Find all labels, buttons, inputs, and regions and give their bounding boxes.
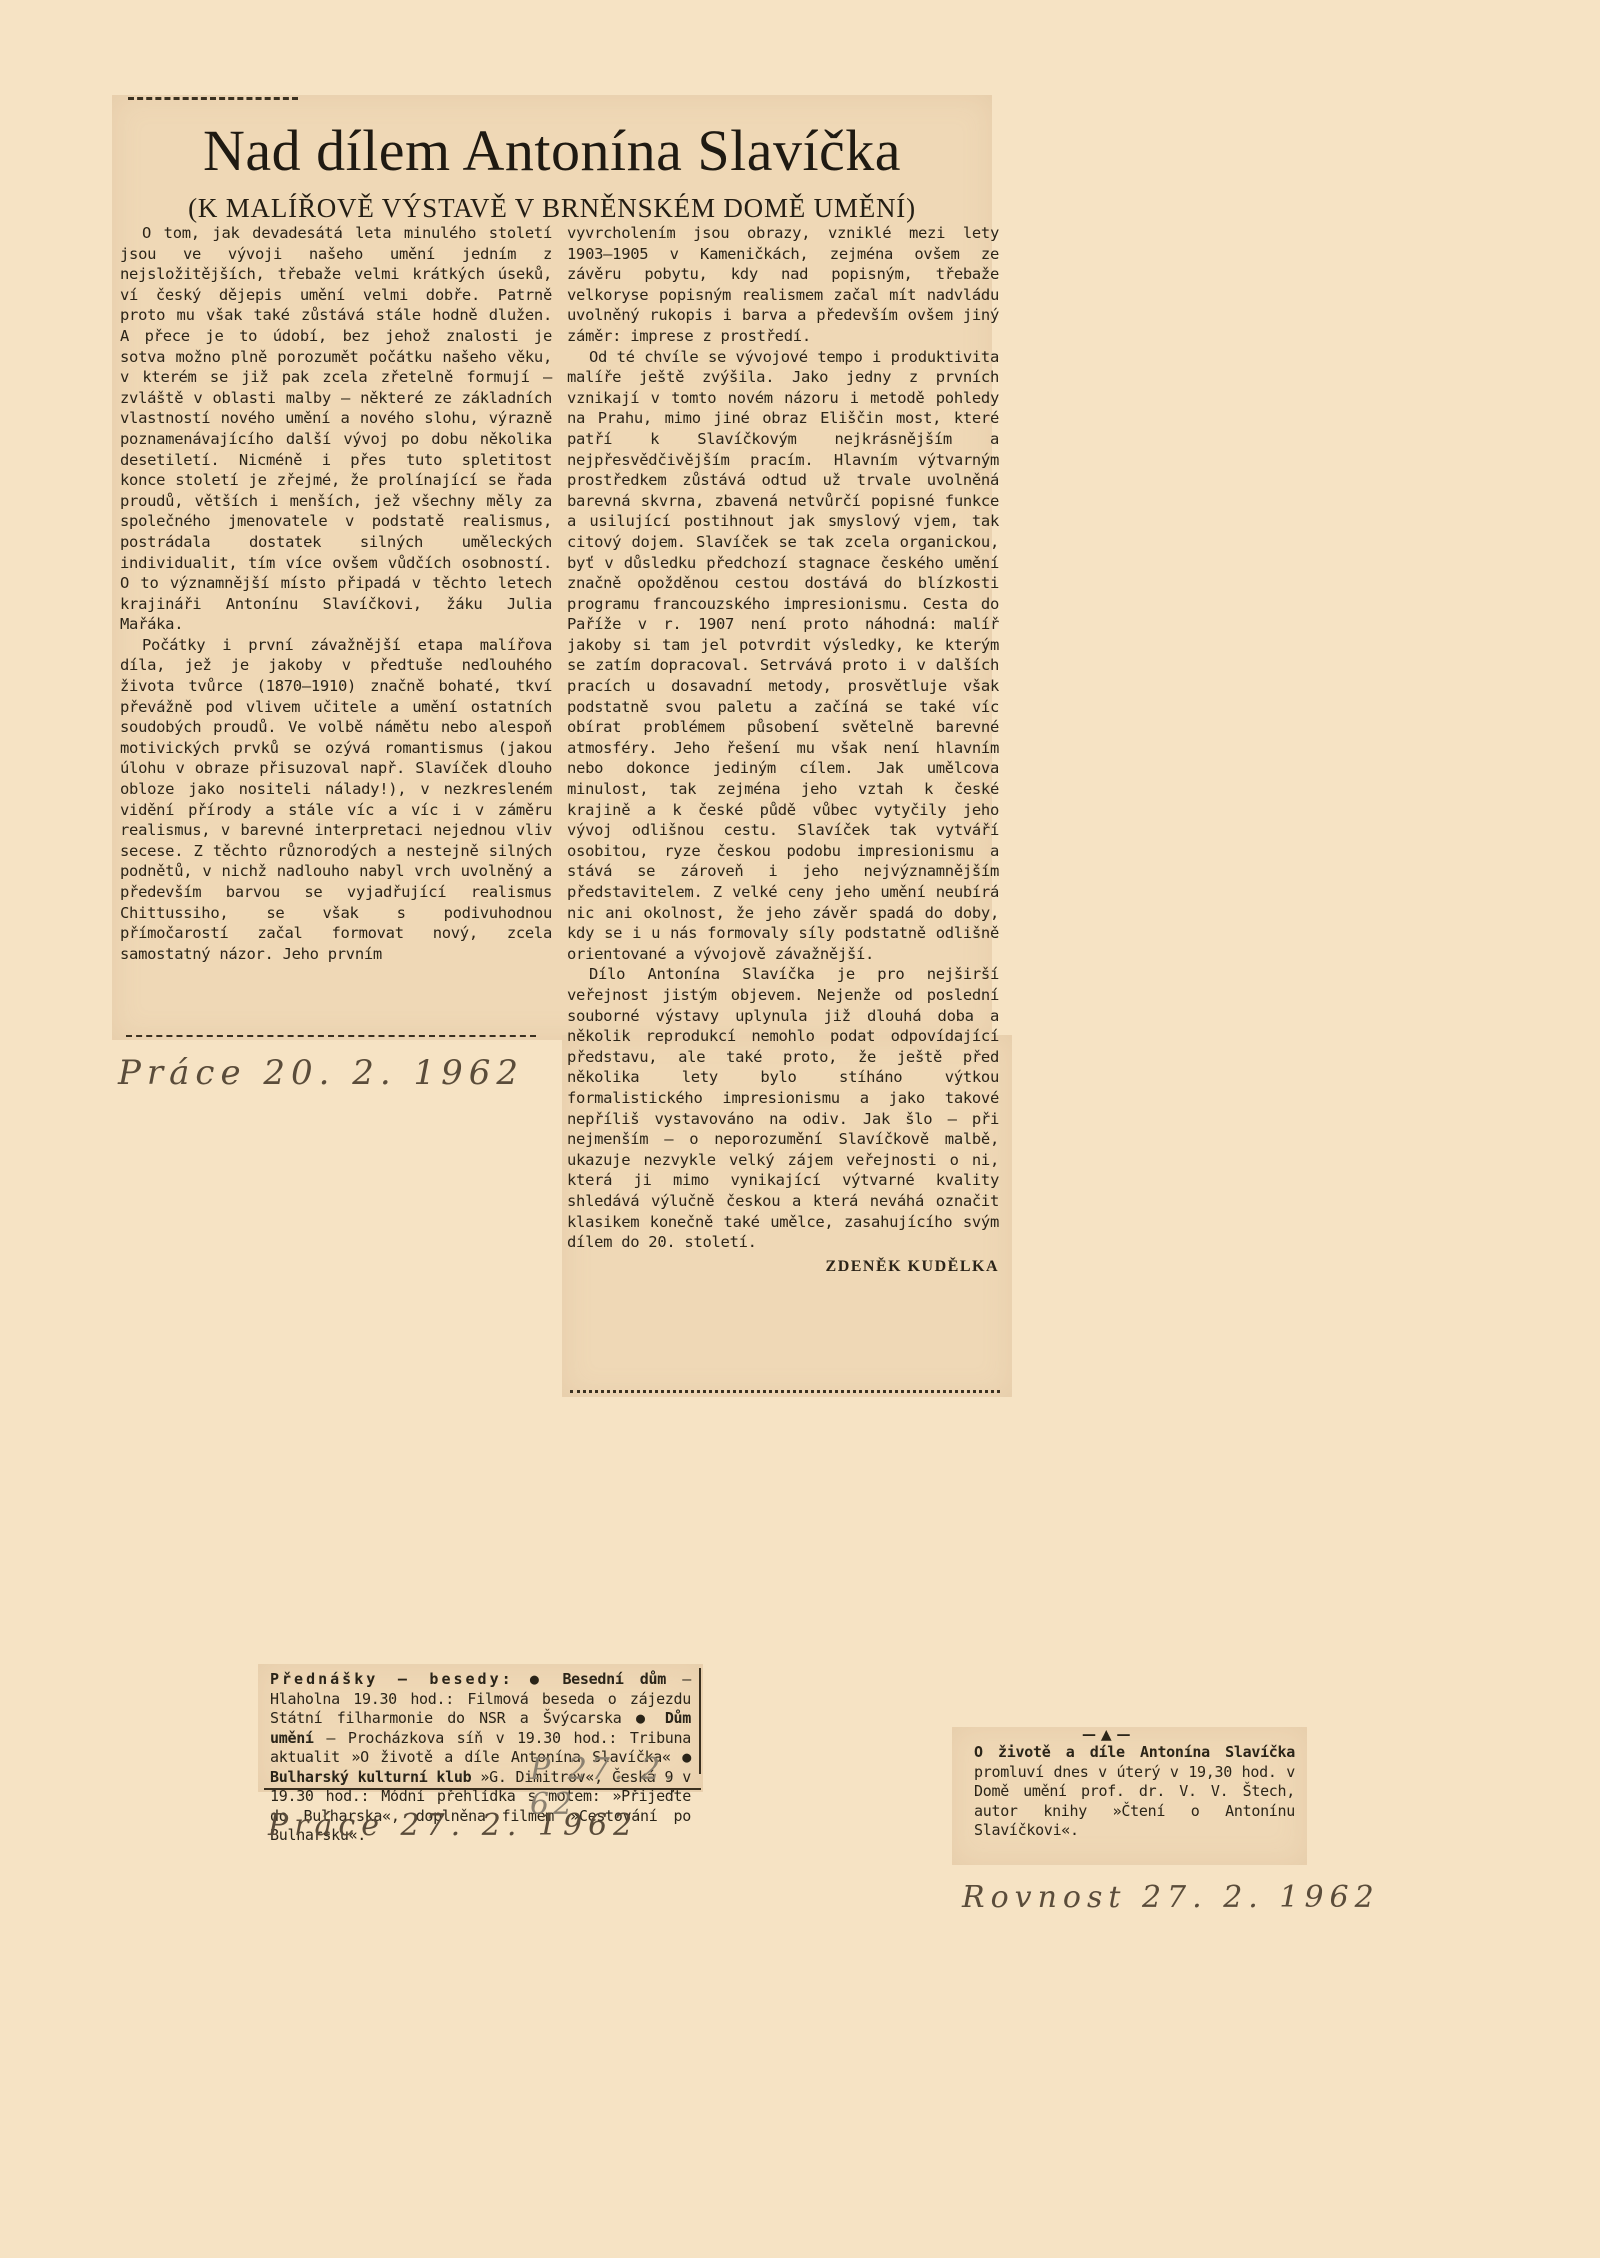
top-rule-divider [128, 97, 298, 100]
paragraph: Od té chvíle se vývojové tempo i produkt… [567, 347, 999, 965]
venue-name: Besední dům [562, 1670, 666, 1688]
article-subtitle: (K MALÍŘOVĚ VÝSTAVĚ V BRNĚNSKÉM DOMĚ UMĚ… [112, 193, 992, 224]
handwritten-source-note: Rovnost 27. 2. 1962 [962, 1880, 1380, 1915]
bottom-rule-divider [570, 1390, 1000, 1393]
lectures-heading: Přednášky — besedy: [270, 1670, 514, 1688]
ornament-divider: — ▲ — [1082, 1727, 1131, 1743]
venue-name: Bulharský kulturní klub [270, 1768, 471, 1786]
paragraph: O tom, jak devadesátá leta minulého stol… [120, 223, 552, 635]
bullet-icon: ● [636, 1709, 650, 1727]
article-left-column: O tom, jak devadesátá leta minulého stol… [120, 223, 552, 964]
lectures-clipping: Přednášky — besedy: ● Besední dům — Hlah… [258, 1664, 703, 1792]
paragraph: Počátky i první závažnější etapa malířov… [120, 635, 552, 965]
bullet-icon: ● [530, 1670, 546, 1688]
paragraph: Dílo Antonína Slavíčka je pro nejširší v… [567, 964, 999, 1252]
paragraph: vyvrcholením jsou obrazy, vzniklé mezi l… [567, 223, 999, 347]
bottom-rule-divider [126, 1035, 536, 1037]
talk-body: promluví dnes v úterý v 19,30 hod. v Dom… [974, 1763, 1295, 1840]
article-title: Nad dílem Antonína Slavíčka [112, 117, 992, 184]
talk-clipping: — ▲ — O životě a díle Antonína Slavíčka … [952, 1727, 1307, 1865]
handwritten-source-note: Práce 20. 2. 1962 [118, 1053, 524, 1093]
article-author: ZDENĚK KUDĚLKA [567, 1257, 999, 1278]
article-right-column: vyvrcholením jsou obrazy, vzniklé mezi l… [567, 223, 999, 1277]
talk-lead: O životě a díle Antonína Slavíčka [974, 1743, 1295, 1761]
handwritten-source-note: Práce 27. 2. 1962 [268, 1808, 638, 1843]
talk-text: O životě a díle Antonína Slavíčka promlu… [974, 1743, 1295, 1841]
